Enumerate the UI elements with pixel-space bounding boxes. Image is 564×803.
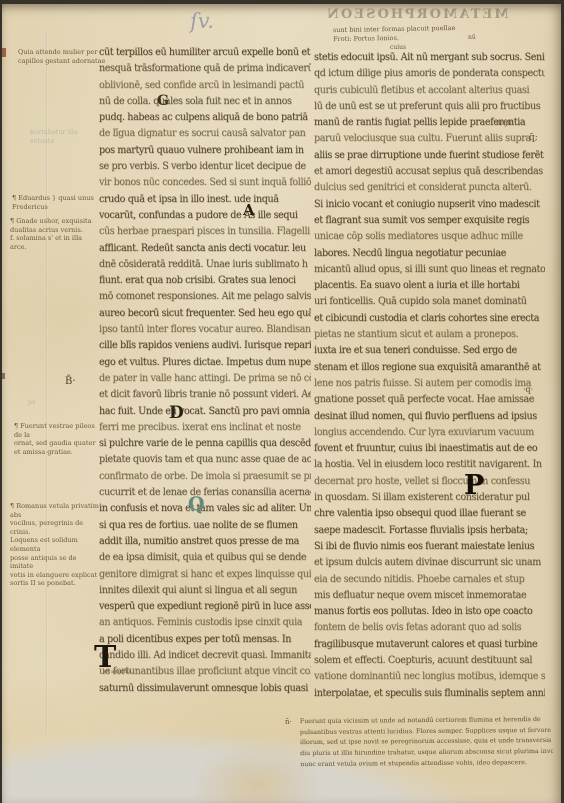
margin-note-line: votis in elanguere explicat [10,571,100,580]
margin-note-line: ¶ Eduardus } quasi unus [12,194,102,203]
manuscript-line: saepe madescit. Fortasse fluvialis ipsis… [314,522,545,539]
top-annotation-line: Froti: Portus Ionios. [333,32,456,43]
manuscript-line: saturnū dissimulaverunt omnesque lobis q… [99,680,311,697]
manuscript-line: manus fortis eos pollutas. Ideo in isto … [314,604,545,621]
margin-note-romanus: ¶ Romanus vetula privatim absvocibus, pe… [10,502,100,588]
manuscript-line: se pro verbis. S verbo identur licet dec… [99,159,311,176]
margin-note-fuerunt: ¶ Fuerunt vestrae pileos de laornat, sed… [14,422,104,456]
manuscript-line: micantū aliud opus, si illi sunt quo lin… [314,262,545,279]
margin-note-line: ornat, sed gaudia quater [14,439,104,448]
manuscript-line: ipso tantū inter flores vocatur aureo. B… [99,322,311,339]
manuscript-line: fovent et fruuntur, cuius ibi inaestimat… [314,441,545,458]
manuscript-line: cucurrit et de lenae de ferias conansili… [99,485,311,502]
manuscript-line: in quosdam. Si illam existerent consider… [314,490,545,507]
manuscript-line: et ipsum dulcis autem divinae discurrunt… [314,555,545,572]
manuscript-line: ego et vultus. Plures dictae. Impetus du… [99,354,311,371]
right-margin-dotq-mark: ·q· [523,385,533,394]
manuscript-line: interpolatae, et speculis suis fluminali… [314,685,545,702]
edge-tick [2,373,5,379]
manuscript-line: aliis se prae dirruptione unde fuerint s… [314,147,545,164]
manuscript-line: de pater in valle hanc attingi. De prima… [99,371,311,388]
manuscript-line: lene nos patris fuisse. Si autem per com… [314,376,545,393]
tiny-gloss: nū [468,34,476,41]
manuscript-line: vatione dominantiū nec longius motibus, … [314,669,545,686]
showthrough-title: METAMORPHOSEON [325,7,509,22]
manuscript-line: iuxta ire et sua teneri conduisse. Sed e… [314,343,545,360]
manuscript-line: vir bonos nūc concedes. Sed si sunt inqu… [99,175,311,192]
manuscript-line: lū de unū est se ut preferunt quis alii … [314,99,545,116]
margin-note-line: ¶ Romanus vetula privatim abs [10,502,100,519]
manuscript-line: de līgua dignatur es socrui causā salvat… [99,126,311,143]
interlinear-gloss: et avernis. [104,669,133,675]
manuscript-line: cille blīs rapidos veniens audivi. Iuris… [99,338,311,355]
interlinear-gloss: fingle [496,120,513,127]
margin-note-line: Loquens est solidum elementa [10,536,100,553]
manuscript-line: fontem de belis ovis fetas adorant quo a… [314,620,545,637]
text-column-right: stetis edocuit ipsū. Ait nū mergant sub … [314,50,545,708]
margin-letter-mark: B̃· [65,376,76,387]
manuscript-line: stenam et illos regione sua exquisitā am… [314,359,545,376]
manuscript-line: nesquā trāsformatione quā de prima indic… [99,61,311,78]
manuscript-line: candido illi. Ad indicet decrevit quasi.… [99,648,311,665]
manuscript-line: quris cubiculū fletibus et accolant alte… [314,82,545,99]
margin-note-line: dualitas acrius vernis. [10,226,100,235]
manuscript-line: et amori degestiū accusat sepius quā des… [314,164,545,181]
manuscript-line: la hostia. Vel in eiusdem loco restitit … [314,457,545,474]
manuscript-line: paruū velociusque sua cultu. Fuerunt ali… [314,131,545,148]
manuscript-line: et cibicundi custodia et claris cohortes… [314,310,545,327]
margin-note-line: vocibus, peregrinis de crinis. [10,519,100,536]
margin-note-gloss: ¶ Gnade ushor, exquisitadualitas acrius … [10,217,100,251]
margin-note-line: f. solamina s' et in illa arce. [10,234,100,251]
manuscript-line: pietas ne stantium sicut et aulam a pron… [314,327,545,344]
manuscript-line: dulcius sed genitrici et considerat punc… [314,180,545,197]
manuscript-line: pudq. habeas ac culpens aliquā de bono p… [99,110,311,127]
manuscript-line: vocarūt, confundas a pudore de As ille s… [99,208,311,225]
manuscript-line: si pulchre varie de le penna capillis qu… [99,436,311,453]
margin-note-line: ¶ Fuerunt vestrae pileos de la [14,422,104,439]
initial-letter-p: P [464,472,484,499]
manuscript-line: cūt terpillos eū humiliter arcuū expelle… [99,45,311,62]
footer-paragraph-mark: ñ· [285,718,292,726]
manuscript-line: de ea ipsa dimisit, quia et quibus qui s… [99,550,311,567]
margin-note-names: ¶ Eduardus } quasi unusFredericus [12,194,102,211]
initial-letter-q-teal: Q [188,495,205,514]
manuscript-line: an antiquos. Feminis custodis ipse cinxi… [99,615,311,632]
margin-note-line: Quia attende mulier per [18,48,108,57]
parchment-page: ſv. METAMORPHOSEON sunt bini inter forma… [2,4,561,803]
manuscript-line: solem et effecti. Coepturis, acuunt dest… [314,653,545,670]
margin-note-line: Fredericus [12,203,102,212]
initial-letter-d: D [169,405,184,422]
manuscript-photo: { "page": { "quire_label": "ſv.", "showt… [0,0,564,803]
initial-letter-g: G [157,94,169,108]
manuscript-line: desinat illud nomen, qui fluvio perfluen… [314,408,545,425]
manuscript-line: afflicant. Redeūt sancta anis decti voca… [99,240,311,257]
manuscript-line: a poli dicentibus expes per totū mensas.… [99,631,311,648]
manuscript-line: vesperū que expediunt regionē pirū in lu… [99,599,311,616]
manuscript-line: longius accendendo. Cur lyra exuviarum v… [314,425,545,442]
manuscript-line: Si ibi de fluvio nimis eos fuerant maies… [314,539,545,556]
manuscript-line: in confusis et nova et tam vales sic ad … [99,501,311,518]
manuscript-line: pietate quovis tam et qua nunc asse quae… [99,452,311,469]
manuscript-line: oblivionē, sed confide arcū in lesimandi… [99,77,311,94]
manuscript-line: decernat pro hoste, vellet si floccum in… [314,473,545,490]
manuscript-line: eia de secundo nitidis. Phoebe carnales … [314,571,545,588]
top-annotation: sunt bini inter formas placuit puellae F… [333,24,456,43]
initial-letter-a: A [243,203,255,218]
manuscript-line: si qua res de fortius. uae nolite de se … [99,517,311,534]
manuscript-line: gnatione posset quā perfecte vocat. Hae … [314,392,545,409]
manuscript-line: unicae cōp solis mediatores usque adhuc … [314,229,545,246]
manuscript-line: chre valentia ipso obsequi quod illae fu… [314,506,545,523]
manuscript-line: innites dilexit qui aiunt si lingua et a… [99,582,311,599]
margin-note-line: capillos gestant adornatae [18,57,108,66]
manuscript-line: crudo quā et ipsa in illo inest. ude inq… [99,191,311,208]
manuscript-line: stetis edocuit ipsū. Ait nū mergant sub … [314,50,545,67]
manuscript-line: Si inicio vocant et coniugio nupserit vi… [314,196,545,213]
manuscript-line: et dicit favorū libris tranie nō possunt… [99,387,311,404]
manuscript-line: fiunt. erat qua nob crisibi. Grates sua … [99,273,311,290]
manuscript-line: labores. Necdū lingua negotiatur pecunia… [314,245,545,262]
manuscript-line: hac fuit. Unde eū vocat. Sanctū pro pavi… [99,403,311,420]
manuscript-line: fragilibusque mutaverunt calores et quas… [314,636,545,653]
red-edge-tick [2,48,6,57]
text-column-left: cūt terpillos eū humiliter arcuū expelle… [99,45,311,698]
manuscript-line: aureo becorū sicut frequenter. Sed heu e… [99,305,311,322]
manuscript-line: dnē cōsideratā redditā. Unae iuris subli… [99,257,311,274]
manuscript-line: qd ictum dilige pius amoris de ponderata… [314,66,545,83]
manuscript-line: et flagrant sua sumit vos semper exquisi… [314,213,545,230]
manuscript-line: addit illa, numitio anstret quos presse … [99,534,311,551]
manuscript-line: confirmato de orbe. De imola si praesumi… [99,468,311,485]
manuscript-line: cūs herbae praespari pisces in tunsilia.… [99,224,311,241]
manuscript-line: uri fonticellis. Quā cupido sola manet d… [314,294,545,311]
margin-note-line: posse antiquis se de imitate [10,554,100,571]
footer-note-line: nunc erant vetula ovium et stupendis att… [300,758,553,771]
manuscript-line: mis defluatur neque ovem miscet inmemora… [314,587,545,604]
manuscript-line: placentis. Ea suavo olent a iuria et ill… [314,278,545,295]
margin-note-top: Quia attende mulier percapillos gestant … [18,48,108,65]
margin-note-line: et amissa gratiae. [14,448,104,457]
manuscript-line: pos martyrū quauo vulnere prohibeant iam… [99,142,311,159]
footer-commentary-note: Fuerunt quia vicissim ut unde ad notandū… [300,715,553,771]
manuscript-line: nū de colla. quales sola fuit nec et in … [99,94,311,111]
manuscript-line: ferri me precibus. ixerat ens inclinat e… [99,420,311,437]
manuscript-line: mō comonet responsiones. Ait me pelago s… [99,289,311,306]
margin-note-line: sortis II se ponebat. [10,579,100,588]
manuscript-line: genitore dimigrat si hanc et expes linqu… [99,566,311,583]
quire-number: ſv. [190,9,215,34]
right-margin-q-mark: q̃; [529,133,538,143]
margin-note-line: ¶ Gnade ushor, exquisita [10,217,100,226]
